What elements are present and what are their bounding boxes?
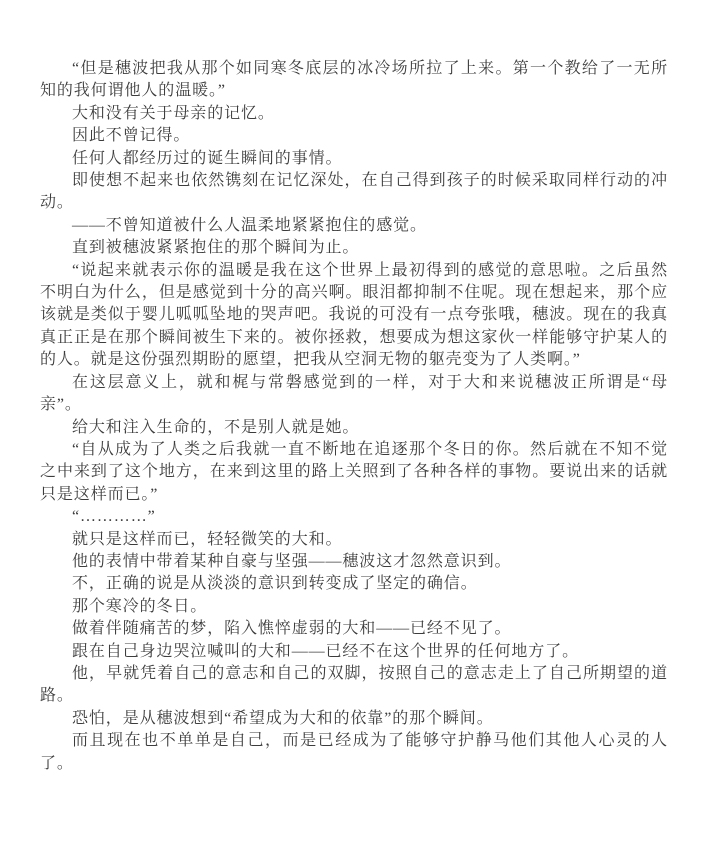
paragraph: 给大和注入生命的，不是别人就是她。	[40, 417, 668, 439]
paragraph: 跟在自己身边哭泣喊叫的大和——已经不在这个世界的任何地方了。	[40, 641, 668, 663]
paragraph: 在这层意义上，就和梶与常磐感觉到的一样，对于大和来说穗波正所谓是“母亲”。	[40, 372, 668, 417]
paragraph: 做着伴随痛苦的梦，陷入憔悴虚弱的大和——已经不见了。	[40, 618, 668, 640]
paragraph: 直到被穗波紧紧抱住的那个瞬间为止。	[40, 237, 668, 259]
paragraph: 不，正确的说是从淡淡的意识到转变成了坚定的确信。	[40, 573, 668, 595]
paragraph: 就只是这样而已，轻轻微笑的大和。	[40, 529, 668, 551]
paragraph: 那个寒冷的冬日。	[40, 596, 668, 618]
paragraph: ——不曾知道被什么人温柔地紧紧抱住的感觉。	[40, 215, 668, 237]
paragraph: 他，早就凭着自己的意志和自己的双脚，按照自己的意志走上了自己所期望的道路。	[40, 663, 668, 708]
paragraph: 任何人都经历过的诞生瞬间的事情。	[40, 148, 668, 170]
paragraph: 他的表情中带着某种自豪与坚强——穗波这才忽然意识到。	[40, 551, 668, 573]
paragraph: 大和没有关于母亲的记忆。	[40, 103, 668, 125]
paragraph: 即使想不起来也依然镌刻在记忆深处，在自己得到孩子的时候采取同样行动的冲动。	[40, 170, 668, 215]
document-page: “但是穗波把我从那个如同寒冬底层的冰冷场所拉了上来。第一个教给了一无所知的我何谓…	[0, 0, 708, 850]
paragraph: 而且现在也不单单是自己，而是已经成为了能够守护静马他们其他人心灵的人了。	[40, 730, 668, 775]
paragraph: “说起来就表示你的温暖是我在这个世界上最初得到的感觉的意思啦。之后虽然不明白为什…	[40, 260, 668, 372]
paragraph: “但是穗波把我从那个如同寒冬底层的冰冷场所拉了上来。第一个教给了一无所知的我何谓…	[40, 58, 668, 103]
paragraph: 恐怕，是从穗波想到“希望成为大和的依靠”的那个瞬间。	[40, 708, 668, 730]
paragraph: “自从成为了人类之后我就一直不断地在追逐那个冬日的你。然后就在不知不觉之中来到了…	[40, 439, 668, 506]
paragraph: 因此不曾记得。	[40, 125, 668, 147]
paragraph: “…………”	[40, 506, 668, 528]
